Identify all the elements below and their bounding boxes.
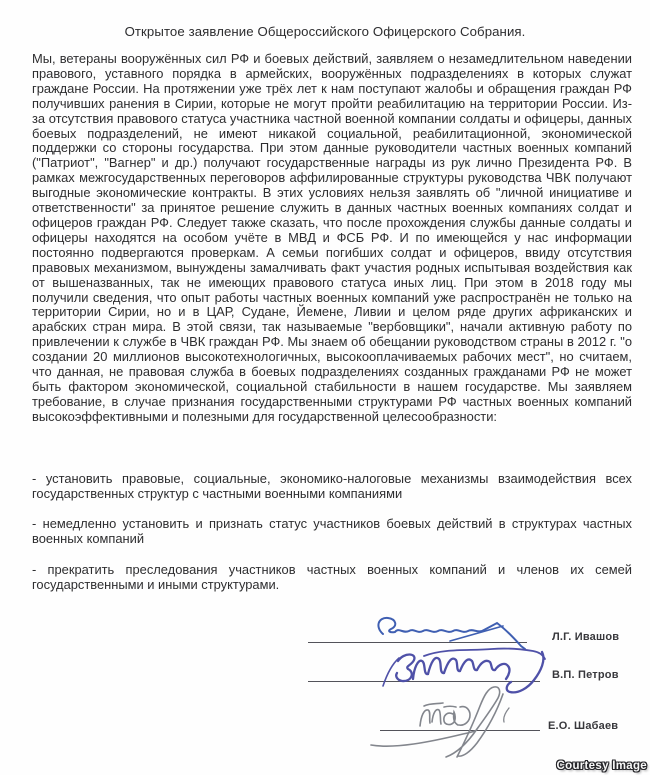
statement-body: Мы, ветераны вооружённых сил РФ и боевых… bbox=[32, 52, 632, 425]
signatory-name-ivashov: Л.Г. Ивашов bbox=[552, 631, 619, 643]
document-title: Открытое заявление Общероссийского Офице… bbox=[0, 24, 650, 39]
signature-petrov-icon bbox=[383, 649, 545, 693]
demand-item-1: - установить правовые, социальные, эконо… bbox=[32, 472, 632, 501]
signatures-graphic bbox=[290, 600, 650, 775]
demand-item-3: - прекратить преследования участников ча… bbox=[32, 563, 632, 592]
signatory-name-petrov: В.П. Петров bbox=[552, 669, 619, 681]
signatory-name-shabaev: Е.О. Шабаев bbox=[548, 720, 618, 732]
signature-shabaev-icon bbox=[371, 687, 509, 757]
signature-ivashov-icon bbox=[378, 618, 525, 649]
demand-item-2: - немедленно установить и признать стату… bbox=[32, 517, 632, 546]
document-page: Открытое заявление Общероссийского Офице… bbox=[0, 0, 650, 775]
courtesy-image-watermark: Courtesy Image bbox=[557, 760, 647, 772]
